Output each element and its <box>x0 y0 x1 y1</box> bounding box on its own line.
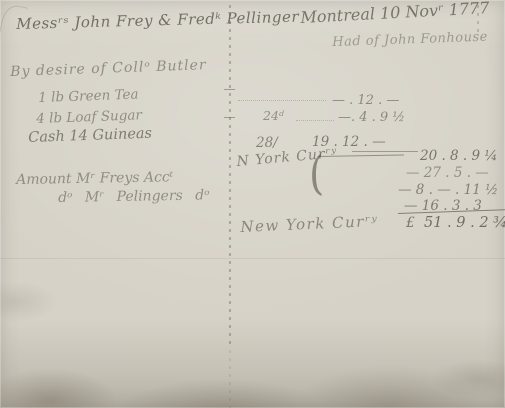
item-description: Cash 14 Guineas <box>28 126 152 146</box>
item-amount: —. 4 . 9 ½ <box>338 110 405 125</box>
subtotal-top-rule <box>352 151 418 152</box>
received-of-line: Had of John Fonhouse <box>332 30 488 50</box>
right-column-amount: 20 . 8 . 9 ¼ <box>420 148 497 164</box>
by-desire-line: By desire of Collᵒ Butler <box>10 57 207 80</box>
account-line: Amount Mʳ Freys Accᵗ <box>16 169 173 188</box>
leader-dashes <box>238 100 326 101</box>
vertical-fold-crease <box>229 0 231 345</box>
currency-symbol: £ <box>406 215 415 231</box>
item-rate: 24ᵈ <box>263 108 284 123</box>
item-description: 1 lb Green Tea <box>38 86 139 105</box>
item-rate: 28/ <box>256 135 278 151</box>
vertical-fold-crease-lower <box>229 345 231 408</box>
total-amount: 51 . 9 . 2 ¾ <box>424 215 505 231</box>
total-label: New York Curʳʸ <box>240 212 379 236</box>
account-line: dᵒ Mʳ Pelingers dᵒ <box>58 187 210 206</box>
right-column-amount: — 27 . 5 . — <box>406 165 489 181</box>
horizontal-fold-crease <box>0 258 505 259</box>
item-amount: — . 12 . — <box>332 93 399 108</box>
document-page: Messʳˢ John Frey & Fredᵏ Pellinger Montr… <box>0 0 505 408</box>
item-description: 4 lb Loaf Sugar <box>36 107 142 127</box>
addressee-line: Messʳˢ John Frey & Fredᵏ Pellinger <box>16 8 299 33</box>
crease-tick-mark <box>224 117 235 118</box>
place-date-line: Montreal 10 Novʳ 1777 <box>300 0 490 27</box>
right-column-amount: — 8 . — . 11 ½ <box>398 182 498 198</box>
leader-dashes <box>296 120 334 121</box>
crease-tick-mark <box>224 89 235 90</box>
